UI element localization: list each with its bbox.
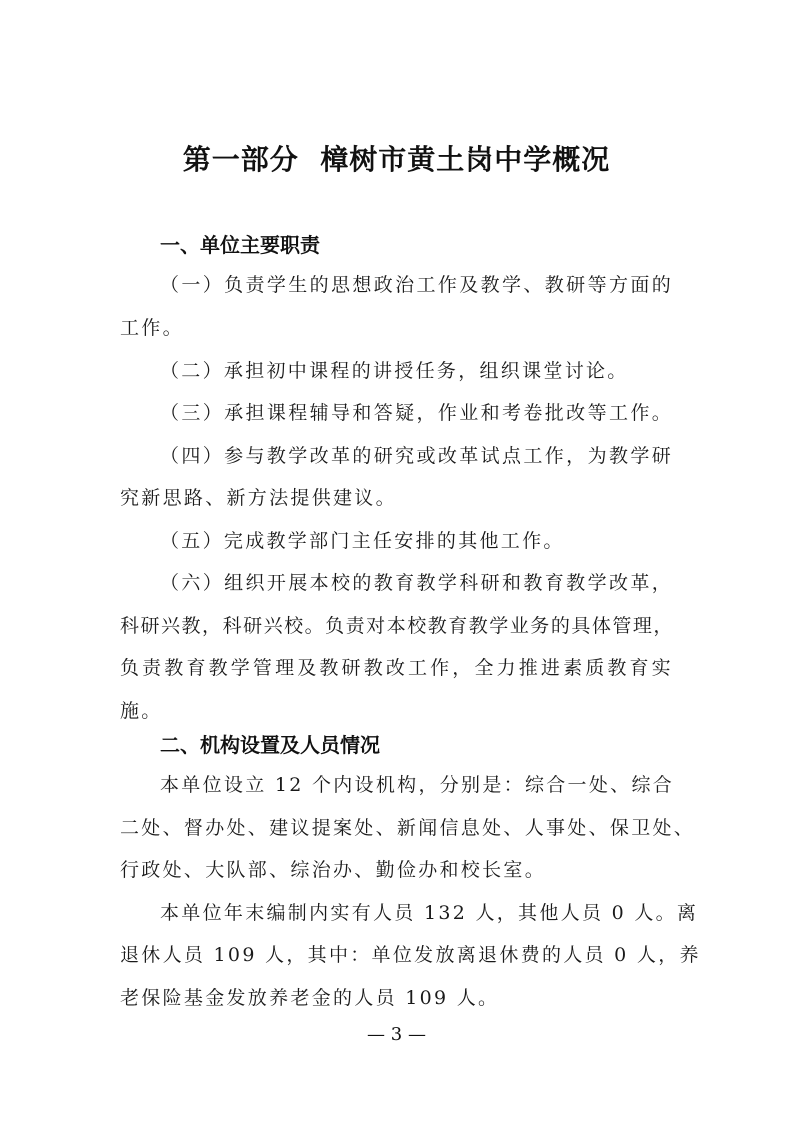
document-page: 第一部分 樟树市黄土岗中学概况 一、单位主要职责 （一）负责学生的思想政治工作及… (0, 0, 793, 1122)
paragraph-line: （三）承担课程辅导和答疑，作业和考卷批改等工作。 (160, 398, 673, 425)
paragraph-line: （四）参与教学改革的研究或改革试点工作，为教学研 (160, 441, 673, 468)
paragraph-line: 退休人员 109 人，其中：单位发放离退休费的人员 0 人，养 (120, 940, 673, 967)
paragraph-line: 本单位设立 12 个内设机构，分别是：综合一处、综合 (160, 770, 673, 797)
paragraph-line: 科研兴教，科研兴校。负责对本校教育教学业务的具体管理， (120, 611, 673, 638)
section-heading-duties: 一、单位主要职责 (160, 229, 320, 258)
paragraph-line: （五）完成教学部门主任安排的其他工作。 (160, 526, 565, 553)
paragraph-line: 负责教育教学管理及教研教改工作，全力推进素质教育实 (120, 653, 673, 680)
paragraph-line: 本单位年末编制内实有人员 132 人，其他人员 0 人。离 (160, 898, 673, 925)
paragraph-line: 老保险基金发放养老金的人员 109 人。 (120, 983, 499, 1010)
paragraph-line: 工作。 (120, 313, 184, 340)
page-title: 第一部分 樟树市黄土岗中学概况 (0, 138, 793, 178)
paragraph-line: 二处、督办处、建议提案处、新闻信息处、人事处、保卫处、 (120, 813, 673, 840)
paragraph-line: 施。 (120, 696, 163, 723)
paragraph-line: 行政处、大队部、综治办、勤俭办和校长室。 (120, 855, 546, 882)
page-number: — 3 — (0, 1024, 793, 1045)
paragraph-line: （六）组织开展本校的教育教学科研和教育教学改革， (160, 568, 673, 595)
paragraph-line: （一）负责学生的思想政治工作及教学、教研等方面的 (160, 270, 673, 297)
paragraph-line: 究新思路、新方法提供建议。 (120, 483, 397, 510)
section-heading-organization: 二、机构设置及人员情况 (160, 729, 380, 758)
paragraph-line: （二）承担初中课程的讲授任务，组织课堂讨论。 (160, 356, 629, 383)
